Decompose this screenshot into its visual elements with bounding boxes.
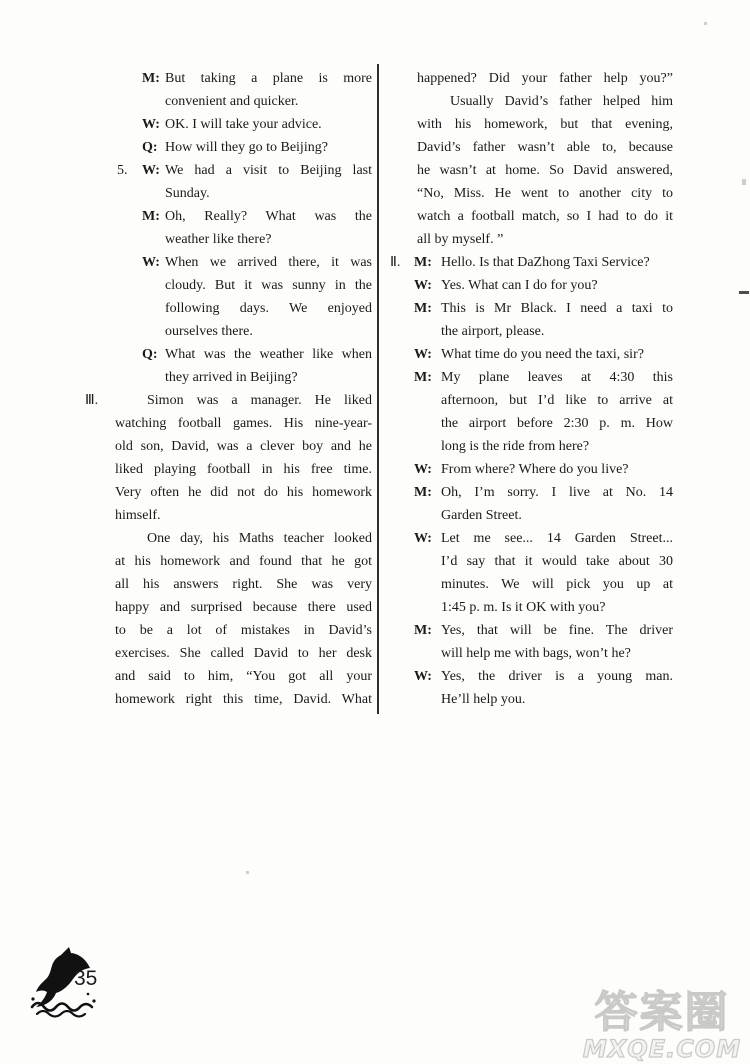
watermark: 答案圈 MXQE.COM (562, 991, 750, 1062)
line-text: One day, his Maths teacher looked (147, 527, 372, 550)
line-text: to be a lot of mistakes in David’s (115, 619, 372, 642)
line-text: old son, David, was a clever boy and he (115, 435, 372, 458)
line-text: all by myself. ” (417, 228, 673, 251)
text-line: they arrived in Beijing? (85, 366, 372, 389)
item-number: 5. (117, 159, 142, 182)
text-line: convenient and quicker. (85, 90, 372, 113)
line-text: ourselves there. (165, 320, 372, 343)
line-text: the airport before 2:30 p. m. How (441, 412, 673, 435)
scan-artifact-speck (704, 22, 707, 25)
line-text: David’s father wasn’t able to, because (417, 136, 673, 159)
text-line: One day, his Maths teacher looked (85, 527, 372, 550)
text-line: I’d say that it would take about 30 (390, 550, 673, 573)
text-line: W:OK. I will take your advice. (85, 113, 372, 136)
line-text: he wasn’t at home. So David answered, (417, 159, 673, 182)
speaker-marker: M: (142, 205, 165, 228)
text-line: Ⅱ.M:Hello. Is that DaZhong Taxi Service? (390, 251, 673, 274)
text-line: W:From where? Where do you live? (390, 458, 673, 481)
text-line: M:My plane leaves at 4:30 this (390, 366, 673, 389)
line-text: will help me with bags, won’t he? (441, 642, 673, 665)
text-line: Sunday. (85, 182, 372, 205)
text-line: all by myself. ” (390, 228, 673, 251)
text-line: 1:45 p. m. Is it OK with you? (390, 596, 673, 619)
speaker-marker: M: (414, 251, 441, 274)
text-line: M:Oh, Really? What was the (85, 205, 372, 228)
text-line: minutes. We will pick you up at (390, 573, 673, 596)
speaker-marker: M: (414, 366, 441, 389)
line-text: “No, Miss. He went to another city to (417, 182, 673, 205)
text-line: will help me with bags, won’t he? (390, 642, 673, 665)
line-text: Yes, the driver is a young man. (441, 665, 673, 688)
text-line: Q:How will they go to Beijing? (85, 136, 372, 159)
speaker-marker: Q: (142, 343, 165, 366)
text-line: happy and surprised because there used (85, 596, 372, 619)
text-line: long is the ride from here? (390, 435, 673, 458)
line-text: Oh, I’m sorry. I live at No. 14 (441, 481, 673, 504)
line-text: OK. I will take your advice. (165, 113, 372, 136)
line-text: 1:45 p. m. Is it OK with you? (441, 596, 673, 619)
line-text: all his answers right. She was very (115, 573, 372, 596)
line-text: Simon was a manager. He liked (147, 389, 372, 412)
line-text: long is the ride from here? (441, 435, 673, 458)
text-line: Garden Street. (390, 504, 673, 527)
text-line: old son, David, was a clever boy and he (85, 435, 372, 458)
scan-artifact-speck (246, 871, 249, 874)
section-numeral: Ⅱ. (390, 251, 414, 274)
page-footer: 35 (26, 944, 186, 1024)
line-text: exercises. She called David to her desk (115, 642, 372, 665)
speaker-marker: W: (414, 343, 441, 366)
text-line: the airport before 2:30 p. m. How (390, 412, 673, 435)
speaker-marker: W: (414, 458, 441, 481)
speaker-marker: W: (414, 527, 441, 550)
text-line: exercises. She called David to her desk (85, 642, 372, 665)
text-line: and said to him, “You got all your (85, 665, 372, 688)
line-text: following days. We enjoyed (165, 297, 372, 320)
speaker-marker: W: (414, 665, 441, 688)
text-line: with his homework, but that evening, (390, 113, 673, 136)
text-line: all his answers right. She was very (85, 573, 372, 596)
line-text: they arrived in Beijing? (165, 366, 372, 389)
text-line: happened? Did your father help you?” (390, 67, 673, 90)
line-text: When we arrived there, it was (165, 251, 372, 274)
line-text: happened? Did your father help you?” (417, 67, 673, 90)
text-line: W:Let me see... 14 Garden Street... (390, 527, 673, 550)
text-line: “No, Miss. He went to another city to (390, 182, 673, 205)
line-text: homework right this time, David. What (115, 688, 372, 711)
text-line: M:This is Mr Black. I need a taxi to (390, 297, 673, 320)
speaker-marker: M: (414, 297, 441, 320)
text-line: W:When we arrived there, it was (85, 251, 372, 274)
line-text: liked playing football in his free time. (115, 458, 372, 481)
line-text: happy and surprised because there used (115, 596, 372, 619)
line-text: at his homework and found that he got (115, 550, 372, 573)
speaker-marker: W: (142, 251, 165, 274)
line-text: himself. (115, 504, 372, 527)
scan-artifact-speck (742, 179, 746, 185)
watermark-brand-text: 答案圈 (562, 991, 750, 1036)
line-text: convenient and quicker. (165, 90, 372, 113)
text-line: W:Yes. What can I do for you? (390, 274, 673, 297)
line-text: afternoon, but I’d like to arrive at (441, 389, 673, 412)
line-text: weather like there? (165, 228, 372, 251)
line-text: He’ll help you. (441, 688, 673, 711)
speaker-marker: M: (414, 619, 441, 642)
text-line: weather like there? (85, 228, 372, 251)
line-text: This is Mr Black. I need a taxi to (441, 297, 673, 320)
text-line: watch a football match, so I had to do i… (390, 205, 673, 228)
line-text: Hello. Is that DaZhong Taxi Service? (441, 251, 673, 274)
text-line: himself. (85, 504, 372, 527)
text-line: liked playing football in his free time. (85, 458, 372, 481)
line-text: Garden Street. (441, 504, 673, 527)
line-text: My plane leaves at 4:30 this (441, 366, 673, 389)
speaker-marker: M: (142, 67, 165, 90)
text-line: afternoon, but I’d like to arrive at (390, 389, 673, 412)
line-text: Yes. What can I do for you? (441, 274, 673, 297)
text-line: he wasn’t at home. So David answered, (390, 159, 673, 182)
speaker-marker: W: (414, 274, 441, 297)
scanned-document-page: M:But taking a plane is moreconvenient a… (0, 0, 750, 1064)
text-line: the airport, please. (390, 320, 673, 343)
text-line: homework right this time, David. What (85, 688, 372, 711)
text-line: M:But taking a plane is more (85, 67, 372, 90)
line-text: What was the weather like when (165, 343, 372, 366)
text-line: following days. We enjoyed (85, 297, 372, 320)
column-divider-rule (377, 64, 379, 714)
line-text: the airport, please. (441, 320, 673, 343)
line-text: Let me see... 14 Garden Street... (441, 527, 673, 550)
line-text: I’d say that it would take about 30 (441, 550, 673, 573)
line-text: Usually David’s father helped him (450, 90, 673, 113)
line-text: From where? Where do you live? (441, 458, 673, 481)
page-number: 35 (74, 968, 97, 990)
line-text: Sunday. (165, 182, 372, 205)
text-line: M:Yes, that will be fine. The driver (390, 619, 673, 642)
speaker-marker: W: (142, 113, 165, 136)
line-text: cloudy. But it was sunny in the (165, 274, 372, 297)
line-text: What time do you need the taxi, sir? (441, 343, 673, 366)
line-text: But taking a plane is more (165, 67, 372, 90)
line-text: How will they go to Beijing? (165, 136, 372, 159)
speaker-marker: M: (414, 481, 441, 504)
text-line: M:Oh, I’m sorry. I live at No. 14 (390, 481, 673, 504)
text-line: at his homework and found that he got (85, 550, 372, 573)
section-numeral: Ⅲ. (85, 389, 117, 412)
line-text: with his homework, but that evening, (417, 113, 673, 136)
speaker-marker: W: (142, 159, 165, 182)
scan-artifact-dash (739, 291, 749, 294)
text-line: watching football games. His nine-year- (85, 412, 372, 435)
line-text: watch a football match, so I had to do i… (417, 205, 673, 228)
line-text: minutes. We will pick you up at (441, 573, 673, 596)
speaker-marker: Q: (142, 136, 165, 159)
text-line: cloudy. But it was sunny in the (85, 274, 372, 297)
text-line: Q:What was the weather like when (85, 343, 372, 366)
line-text: Very often he did not do his homework (115, 481, 372, 504)
line-text: Yes, that will be fine. The driver (441, 619, 673, 642)
text-line: W:What time do you need the taxi, sir? (390, 343, 673, 366)
right-text-column: happened? Did your father help you?”Usua… (390, 67, 673, 711)
text-line: 5.W:We had a visit to Beijing last (85, 159, 372, 182)
text-line: Usually David’s father helped him (390, 90, 673, 113)
text-line: ourselves there. (85, 320, 372, 343)
watermark-site-text: MXQE.COM (562, 1036, 750, 1062)
line-text: and said to him, “You got all your (115, 665, 372, 688)
text-line: to be a lot of mistakes in David’s (85, 619, 372, 642)
left-text-column: M:But taking a plane is moreconvenient a… (85, 67, 372, 711)
text-line: Ⅲ.Simon was a manager. He liked (85, 389, 372, 412)
text-line: David’s father wasn’t able to, because (390, 136, 673, 159)
text-line: Very often he did not do his homework (85, 481, 372, 504)
line-text: watching football games. His nine-year- (115, 412, 372, 435)
text-line: W:Yes, the driver is a young man. (390, 665, 673, 688)
line-text: Oh, Really? What was the (165, 205, 372, 228)
text-line: He’ll help you. (390, 688, 673, 711)
line-text: We had a visit to Beijing last (165, 159, 372, 182)
